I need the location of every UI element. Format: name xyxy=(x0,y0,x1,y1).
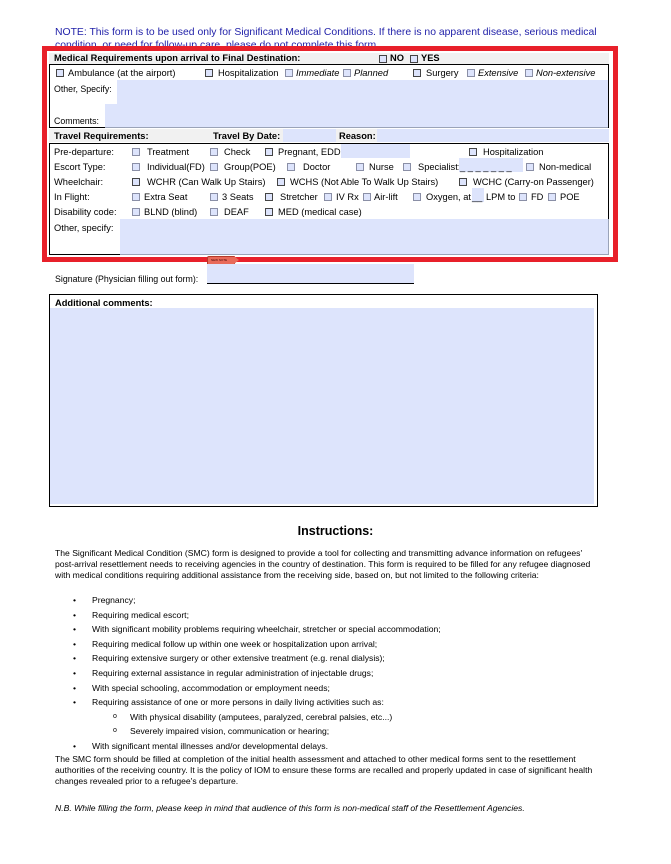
instructions-title: Instructions: xyxy=(0,524,671,538)
criteria-item: •Requiring medical follow up within one … xyxy=(55,639,600,654)
additional-comments-field[interactable] xyxy=(50,308,594,504)
criteria-item: •Requiring extensive surgery or other ex… xyxy=(55,653,600,668)
criteria-sub-item: oWith physical disability (amputees, par… xyxy=(55,712,600,727)
criteria-item: •With significant mobility problems requ… xyxy=(55,624,600,639)
criteria-item: •Requiring medical escort; xyxy=(55,610,600,625)
criteria-item: •Requiring assistance of one or more per… xyxy=(55,697,600,712)
highlight-frame xyxy=(42,46,618,262)
instructions-intro: The Significant Medical Condition (SMC) … xyxy=(55,548,600,580)
criteria-item: •Requiring external assistance in regula… xyxy=(55,668,600,683)
criteria-item: •With special schooling, accommodation o… xyxy=(55,683,600,698)
criteria-sub-item: oSeverely impaired vision, communication… xyxy=(55,726,600,741)
signature-field[interactable] xyxy=(207,264,414,284)
criteria-item: •Pregnancy; xyxy=(55,595,600,610)
signature-label: Signature (Physician filling out form): xyxy=(55,274,198,285)
instructions-closing: The SMC form should be filled at complet… xyxy=(55,754,600,786)
instructions-nb: N.B. While filling the form, please keep… xyxy=(55,803,600,814)
criteria-list: •Pregnancy; •Requiring medical escort; •… xyxy=(55,595,600,756)
